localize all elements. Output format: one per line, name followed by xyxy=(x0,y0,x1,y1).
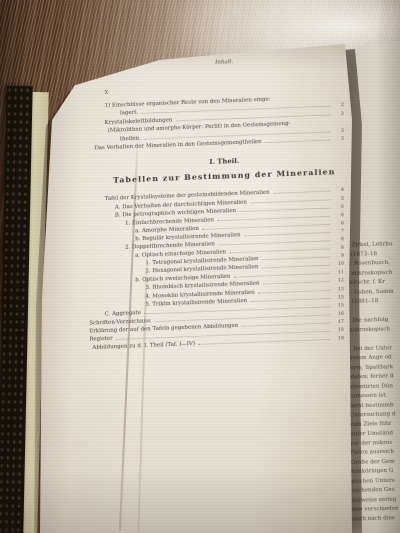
dot-leader xyxy=(273,191,330,194)
printed-sheet: Inhalt. X 1) Einschlüsse organischer Res… xyxy=(40,24,360,354)
continued-entries-list: 1) Einschlüsse organischer Reste von den… xyxy=(105,92,344,152)
table-of-contents: Tafel der Krystallsysteme der gesteinsbi… xyxy=(105,186,344,351)
dot-leader xyxy=(198,339,330,345)
part-title: Tabellen zur Bestimmung der Mineralien xyxy=(105,167,344,186)
dot-leader xyxy=(263,282,331,285)
running-head: Inhalt. xyxy=(105,54,344,71)
page-ref: 3 xyxy=(333,135,344,144)
dot-leader xyxy=(262,265,331,268)
page-ref: 19 xyxy=(333,334,344,343)
page-ref: 2 xyxy=(333,109,344,118)
dot-leader xyxy=(265,140,330,143)
contents-page: Inhalt. X 1) Einschlüsse organischer Res… xyxy=(40,36,360,533)
photo-of-open-book: F. Zirkel, Lehrbu (1873–18H. Rosenbusch,… xyxy=(0,0,400,533)
dot-leader xyxy=(262,257,330,260)
